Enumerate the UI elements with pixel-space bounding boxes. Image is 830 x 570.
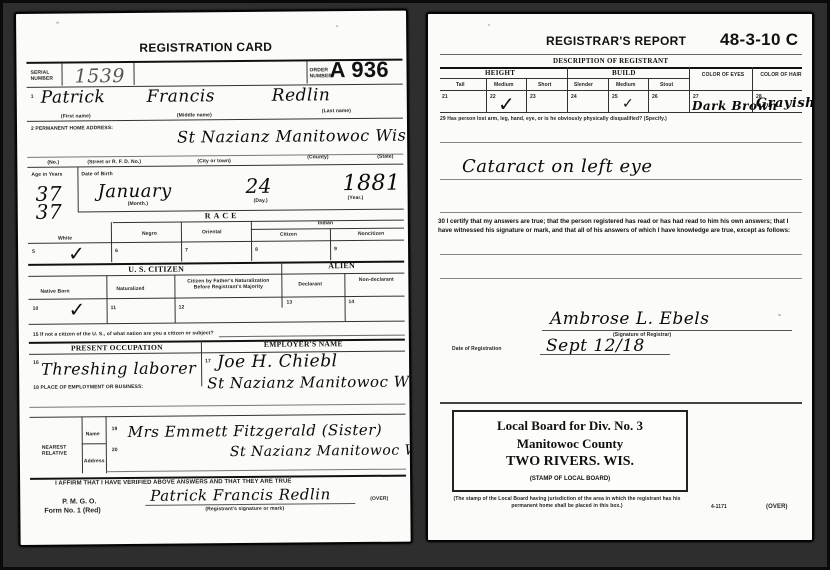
build-medium-label: Medium: [616, 82, 636, 88]
over-label: (OVER): [370, 496, 388, 502]
divider: [133, 63, 134, 85]
build-header: BUILD: [612, 69, 636, 77]
place-of-employment-value: St Nazianz Manitowoc Wis: [207, 372, 412, 392]
answer-line: [440, 278, 802, 279]
divider: [440, 78, 689, 79]
question-29: 29 Has person lost arm, leg, hand, eye, …: [440, 116, 780, 123]
registrant-signature-label: (Registrant's signature or mark): [205, 506, 284, 513]
field-number: 20: [112, 447, 118, 453]
build-stout-label: Stout: [660, 82, 673, 88]
age-label: Age in Years: [31, 172, 62, 178]
employer-name-value: Joe H. Chiebl: [217, 351, 338, 372]
non-declarant-label: Non-declarant: [356, 277, 396, 283]
registrant-signature: Patrick Francis Redlin: [150, 485, 331, 505]
field-number: 22: [490, 94, 496, 100]
paper-speck: [488, 24, 490, 26]
field-number: 13: [287, 300, 293, 306]
divider: [330, 228, 331, 260]
color-of-hair-value: Grayish: [756, 96, 814, 111]
date-of-birth-label: Date of Birth: [81, 171, 112, 177]
address-state-label: (State): [377, 154, 393, 160]
registrars-report-card: REGISTRAR'S REPORT 48-3-10 C DESCRIPTION…: [426, 12, 814, 542]
field-number: 21: [442, 94, 448, 100]
divider: [201, 340, 202, 386]
nation-question: 15 If not a citizen of the U. S., of wha…: [33, 330, 214, 338]
race-indian-label: Indian: [318, 220, 333, 226]
naturalized-label: Naturalized: [116, 286, 144, 292]
field-number: 1: [31, 94, 34, 100]
present-occupation-label: PRESENT OCCUPATION: [71, 343, 163, 353]
build-medium-check-mark: ✓: [622, 96, 634, 112]
field-number: 26: [652, 94, 658, 100]
signature-line: [542, 330, 792, 331]
color-of-eyes-label: COLOR OF EYES: [700, 72, 746, 78]
divider: [440, 90, 802, 91]
form-code: 4-1171: [711, 504, 727, 510]
relative-name-label: Name: [86, 431, 100, 437]
field-number: 7: [185, 247, 188, 253]
birth-day: 24: [245, 174, 272, 198]
middle-name-label: (Middle name): [177, 112, 212, 118]
order-number-value: A 936: [329, 57, 389, 84]
divider: [61, 64, 62, 86]
date-of-registration-value: Sept 12/18: [546, 336, 645, 356]
divider: [29, 404, 405, 408]
stamp-note: (The stamp of the Local Board having jur…: [442, 496, 692, 510]
alien-header: ALIEN: [328, 261, 355, 270]
date-of-registration-label: Date of Registration: [452, 346, 502, 352]
field-number: 9: [334, 246, 337, 252]
divider: [106, 469, 406, 473]
stamp-line3: TWO RIVERS. WIS.: [454, 454, 686, 470]
registration-card: REGISTRATION CARD SERIAL NUMBER 1539 ORD…: [14, 9, 413, 547]
divider: [113, 220, 404, 224]
divider: [608, 78, 609, 113]
paper-speck: [778, 314, 781, 316]
height-medium-label: Medium: [494, 82, 514, 88]
last-name: Redlin: [272, 85, 331, 106]
divider: [281, 262, 282, 308]
field-number: 5: [32, 249, 35, 255]
answer-line: [440, 254, 802, 255]
divider: [27, 164, 403, 168]
race-negro-label: Negro: [142, 231, 157, 237]
field-number: 24: [571, 94, 577, 100]
address-city-label: (City or town): [197, 158, 231, 164]
answer-line: [440, 212, 802, 213]
registrar-signature: Ambrose L. Ebels: [550, 309, 709, 329]
serial-number-label: SERIAL NUMBER: [31, 70, 57, 82]
employer-name-label: EMPLOYER'S NAME: [264, 339, 343, 349]
registrars-report-title: REGISTRAR'S REPORT: [546, 34, 686, 48]
divider: [82, 443, 106, 444]
divider: [78, 209, 404, 213]
order-number-label: ORDER NUMBER: [309, 67, 325, 79]
divider: [486, 78, 487, 113]
divider: [106, 416, 107, 473]
answer-line: [440, 142, 802, 143]
birth-month: January: [97, 181, 171, 203]
nearest-relative-address: St Nazianz Manitowoc Wis: [230, 442, 413, 460]
stamp-line1: Local Board for Div. No. 3: [454, 418, 686, 434]
field-number: 10: [33, 306, 39, 312]
paper-speck: [336, 25, 338, 27]
race-indian-noncitizen-label: Noncitizen: [358, 231, 384, 237]
divider: [251, 228, 404, 230]
divider: [440, 402, 802, 404]
present-occupation-value: Threshing laborer: [41, 358, 196, 378]
divider: [526, 78, 527, 113]
form-id-line1: P. M. G. O.: [62, 498, 96, 505]
address-street-label: (Street or R. F. D. No.): [87, 159, 141, 165]
height-header: HEIGHT: [485, 69, 515, 77]
year-label: (Year.): [348, 195, 364, 201]
divider: [440, 54, 802, 55]
stamp-caption: (STAMP OF LOCAL BOARD): [454, 476, 686, 482]
field-number: 23: [530, 94, 536, 100]
day-label: (Day.): [254, 198, 268, 204]
field-number: 12: [179, 305, 185, 311]
description-header: DESCRIPTION OF REGISTRANT: [553, 57, 668, 65]
answer-line: [219, 335, 405, 338]
over-label: (OVER): [766, 504, 788, 510]
field-number: 17: [205, 358, 211, 364]
race-header: RACE: [205, 211, 240, 220]
divider: [27, 154, 403, 158]
color-of-hair-label: COLOR OF HAIR: [758, 72, 804, 78]
place-of-employment-label: 18 PLACE OF EMPLOYMENT OR BUSINESS:: [33, 384, 143, 391]
month-label: (Month.): [128, 201, 149, 207]
race-oriental-label: Oriental: [202, 229, 222, 235]
divider: [440, 112, 802, 113]
serial-number-value: 1539: [74, 65, 125, 87]
us-citizen-header: U. S. CITIZEN: [128, 265, 184, 274]
paper-speck: [56, 22, 59, 24]
field-number: 14: [349, 299, 355, 305]
divider: [82, 416, 83, 473]
field-number: 6: [115, 248, 118, 254]
registration-card-title: REGISTRATION CARD: [139, 40, 272, 55]
divider: [306, 61, 307, 83]
divider: [30, 414, 406, 418]
permanent-home-address-label: 2 PERMANENT HOME ADDRESS:: [31, 125, 113, 132]
local-board-stamp: Local Board for Div. No. 3 Manitowoc Cou…: [452, 410, 688, 492]
divider: [77, 166, 78, 211]
age-value-repeat: 37: [36, 200, 63, 224]
date-line: [540, 354, 670, 355]
nearest-relative-label: NEAREST RELATIVE: [42, 444, 76, 456]
relative-address-label: Address: [84, 458, 105, 464]
field-number: 25: [612, 94, 618, 100]
field-number: 19: [112, 426, 118, 432]
field-number: 16: [33, 360, 39, 366]
certification-text: 30 I certify that my answers are true; t…: [438, 218, 804, 235]
field-number: 11: [111, 305, 117, 311]
permanent-home-address-value: St Nazianz Manitowoc Wis: [177, 126, 406, 147]
report-code: 48-3-10 C: [720, 30, 798, 50]
race-white-check-mark: ✓: [68, 241, 85, 265]
form-id-line2: Form No. 1 (Red): [44, 507, 100, 514]
native-born-label: Native Born: [40, 289, 69, 295]
answer-line: [440, 179, 802, 180]
last-name-label: (Last name): [322, 108, 351, 114]
first-name-label: (First name): [61, 113, 91, 119]
height-tall-label: Tall: [456, 82, 465, 88]
field-number: 8: [255, 247, 258, 253]
height-short-label: Short: [538, 82, 552, 88]
first-name: Patrick: [41, 87, 106, 108]
divider: [648, 78, 649, 113]
father-naturalization-label: Citizen by Father's Naturalization Befor…: [180, 278, 276, 291]
race-indian-citizen-label: Citizen: [280, 232, 297, 238]
native-born-check-mark: ✓: [68, 297, 85, 321]
address-county-label: (County): [307, 154, 328, 160]
build-slender-label: Slender: [574, 82, 593, 88]
address-no-label: (No.): [47, 160, 59, 166]
question-29-answer: Cataract on left eye: [462, 156, 653, 177]
declarant-label: Declarant: [298, 281, 322, 287]
middle-name: Francis: [147, 86, 215, 107]
birth-year: 1881: [342, 171, 400, 197]
nearest-relative-name: Mrs Emmett Fitzgerald (Sister): [128, 421, 383, 441]
divider: [28, 273, 404, 277]
stamp-line2: Manitowoc County: [454, 436, 686, 452]
